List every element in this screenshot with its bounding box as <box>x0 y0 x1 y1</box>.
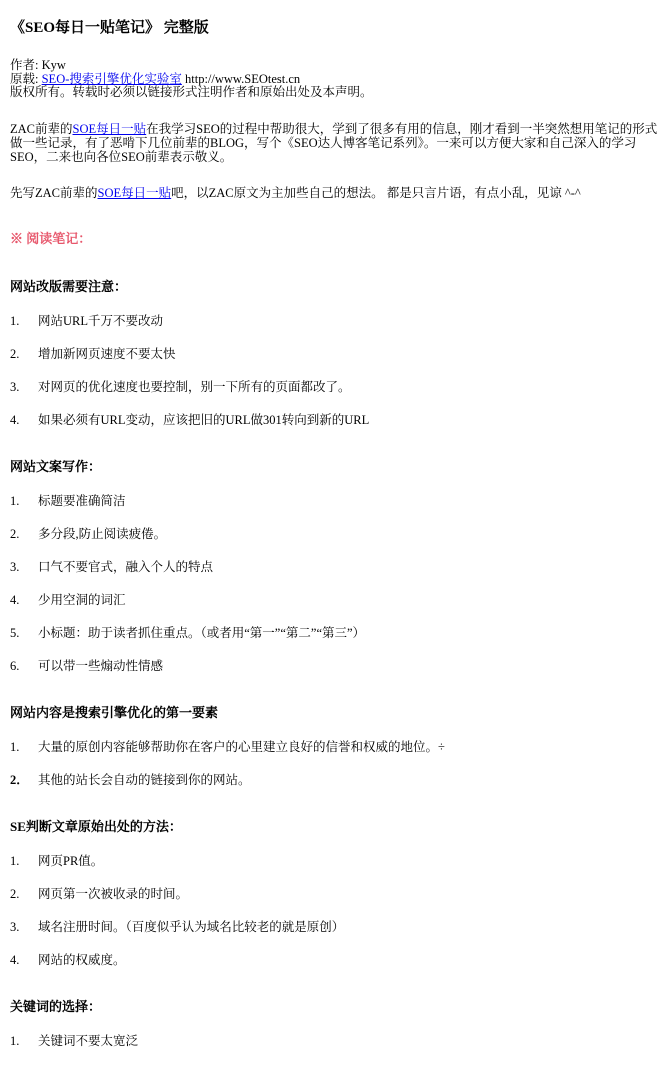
item-number: 3. <box>10 560 38 574</box>
source-prefix: 原载: <box>10 72 42 86</box>
list-item: 5.小标题：助于读者抓住重点。（或者用“第一”“第二”“第三”） <box>10 626 662 640</box>
item-number: 6. <box>10 659 38 673</box>
item-number: 4. <box>10 953 38 967</box>
source-line: 原载: SEO-搜索引擎优化实验室 http://www.SEOtest.cn <box>10 73 662 87</box>
item-number: 2. <box>10 527 38 541</box>
item-text: 网站URL千万不要改动 <box>38 314 662 328</box>
item-number: 1. <box>10 314 38 328</box>
item-number: 1. <box>10 740 38 754</box>
item-number: 3. <box>10 920 38 934</box>
source-site-link[interactable]: SEO-搜索引擎优化实验室 <box>42 72 182 86</box>
list-item: 1.网站URL千万不要改动 <box>10 314 662 328</box>
item-text: 大量的原创内容能够帮助你在客户的心里建立良好的信誉和权威的地位。÷ <box>38 740 662 754</box>
item-text: 其他的站长会自动的链接到你的网站。 <box>38 773 662 787</box>
item-text: 网页PR值。 <box>38 854 662 868</box>
page-title: 《SEO每日一贴笔记》 完整版 <box>10 20 662 37</box>
item-text: 少用空洞的词汇 <box>38 593 662 607</box>
soe-daily-post-link-2[interactable]: SOE每日一贴 <box>98 186 172 200</box>
list-item: 2.增加新网页速度不要太快 <box>10 347 662 361</box>
item-number: 1. <box>10 494 38 508</box>
item-number: 4. <box>10 593 38 607</box>
intro-paragraph-1: ZAC前辈的SOE每日一贴在我学习SEO的过程中帮助很大，学到了很多有用的信息，… <box>10 122 662 164</box>
item-number: 2． <box>10 773 38 787</box>
list-item: 1.标题要准确简洁 <box>10 494 662 508</box>
list-item: 2.网页第一次被收录的时间。 <box>10 887 662 901</box>
item-text: 多分段,防止阅读疲倦。 <box>38 527 662 541</box>
section-heading-content-first: 网站内容是搜索引擎优化的第一要素 <box>10 702 662 721</box>
list-item: 1.大量的原创内容能够帮助你在客户的心里建立良好的信誉和权威的地位。÷ <box>10 740 662 754</box>
list-item: 3.域名注册时间。（百度似乎认为域名比较老的就是原创） <box>10 920 662 934</box>
item-text: 如果必须有URL变动，应该把旧的URL做301转向到新的URL <box>38 413 662 427</box>
list-item: 2.多分段,防止阅读疲倦。 <box>10 527 662 541</box>
list-item: 4.少用空洞的词汇 <box>10 593 662 607</box>
intro-2-text-after: 吧，以ZAC原文为主加些自己的想法。 都是只言片语，有点小乱，见谅 ^-^ <box>171 186 581 200</box>
copyright-line: 版权所有。转载时必须以链接形式注明作者和原始出处及本声明。 <box>10 86 662 100</box>
list-item: 2．其他的站长会自动的链接到你的网站。 <box>10 773 662 787</box>
item-text: 可以带一些煽动性情感 <box>38 659 662 673</box>
author-line: 作者: Kyw <box>10 59 662 73</box>
list-item: 4.如果必须有URL变动，应该把旧的URL做301转向到新的URL <box>10 413 662 427</box>
item-text: 关键词不要太宽泛 <box>38 1034 662 1048</box>
list-item: 1.关键词不要太宽泛 <box>10 1034 662 1048</box>
list-item: 3.口气不要官式，融入个人的特点 <box>10 560 662 574</box>
item-number: 2. <box>10 887 38 901</box>
reading-notes-header: ※ 阅读笔记： <box>10 228 662 247</box>
item-number: 4. <box>10 413 38 427</box>
section-heading-site-redesign: 网站改版需要注意： <box>10 276 662 295</box>
item-text: 口气不要官式，融入个人的特点 <box>38 560 662 574</box>
item-number: 2. <box>10 347 38 361</box>
item-text: 小标题：助于读者抓住重点。（或者用“第一”“第二”“第三”） <box>38 626 662 640</box>
section-heading-origin-detection: SE判断文章原始出处的方法： <box>10 816 662 835</box>
intro-1-text-before: ZAC前辈的 <box>10 122 73 136</box>
item-number: 5. <box>10 626 38 640</box>
item-number: 1. <box>10 854 38 868</box>
list-item: 3.对网页的优化速度也要控制，别一下所有的页面都改了。 <box>10 380 662 394</box>
intro-2-text-before: 先写ZAC前辈的 <box>10 186 98 200</box>
item-number: 3. <box>10 380 38 394</box>
list-item: 6.可以带一些煽动性情感 <box>10 659 662 673</box>
soe-daily-post-link-1[interactable]: SOE每日一贴 <box>73 122 147 136</box>
byline-block: 作者: Kyw 原载: SEO-搜索引擎优化实验室 http://www.SEO… <box>10 59 662 100</box>
list-item: 4.网站的权威度。 <box>10 953 662 967</box>
intro-paragraph-2: 先写ZAC前辈的SOE每日一贴吧，以ZAC原文为主加些自己的想法。 都是只言片语… <box>10 186 662 200</box>
item-text: 标题要准确简洁 <box>38 494 662 508</box>
article-document: 《SEO每日一贴笔记》 完整版 作者: Kyw 原载: SEO-搜索引擎优化实验… <box>0 0 672 1078</box>
item-text: 增加新网页速度不要太快 <box>38 347 662 361</box>
item-text: 对网页的优化速度也要控制，别一下所有的页面都改了。 <box>38 380 662 394</box>
section-heading-copywriting: 网站文案写作： <box>10 456 662 475</box>
item-number: 1. <box>10 1034 38 1048</box>
list-item: 1.网页PR值。 <box>10 854 662 868</box>
item-text: 网页第一次被收录的时间。 <box>38 887 662 901</box>
section-heading-keyword-choice: 关键词的选择： <box>10 996 662 1015</box>
source-url: http://www.SEOtest.cn <box>182 72 300 86</box>
item-text: 域名注册时间。（百度似乎认为域名比较老的就是原创） <box>38 920 662 934</box>
item-text: 网站的权威度。 <box>38 953 662 967</box>
